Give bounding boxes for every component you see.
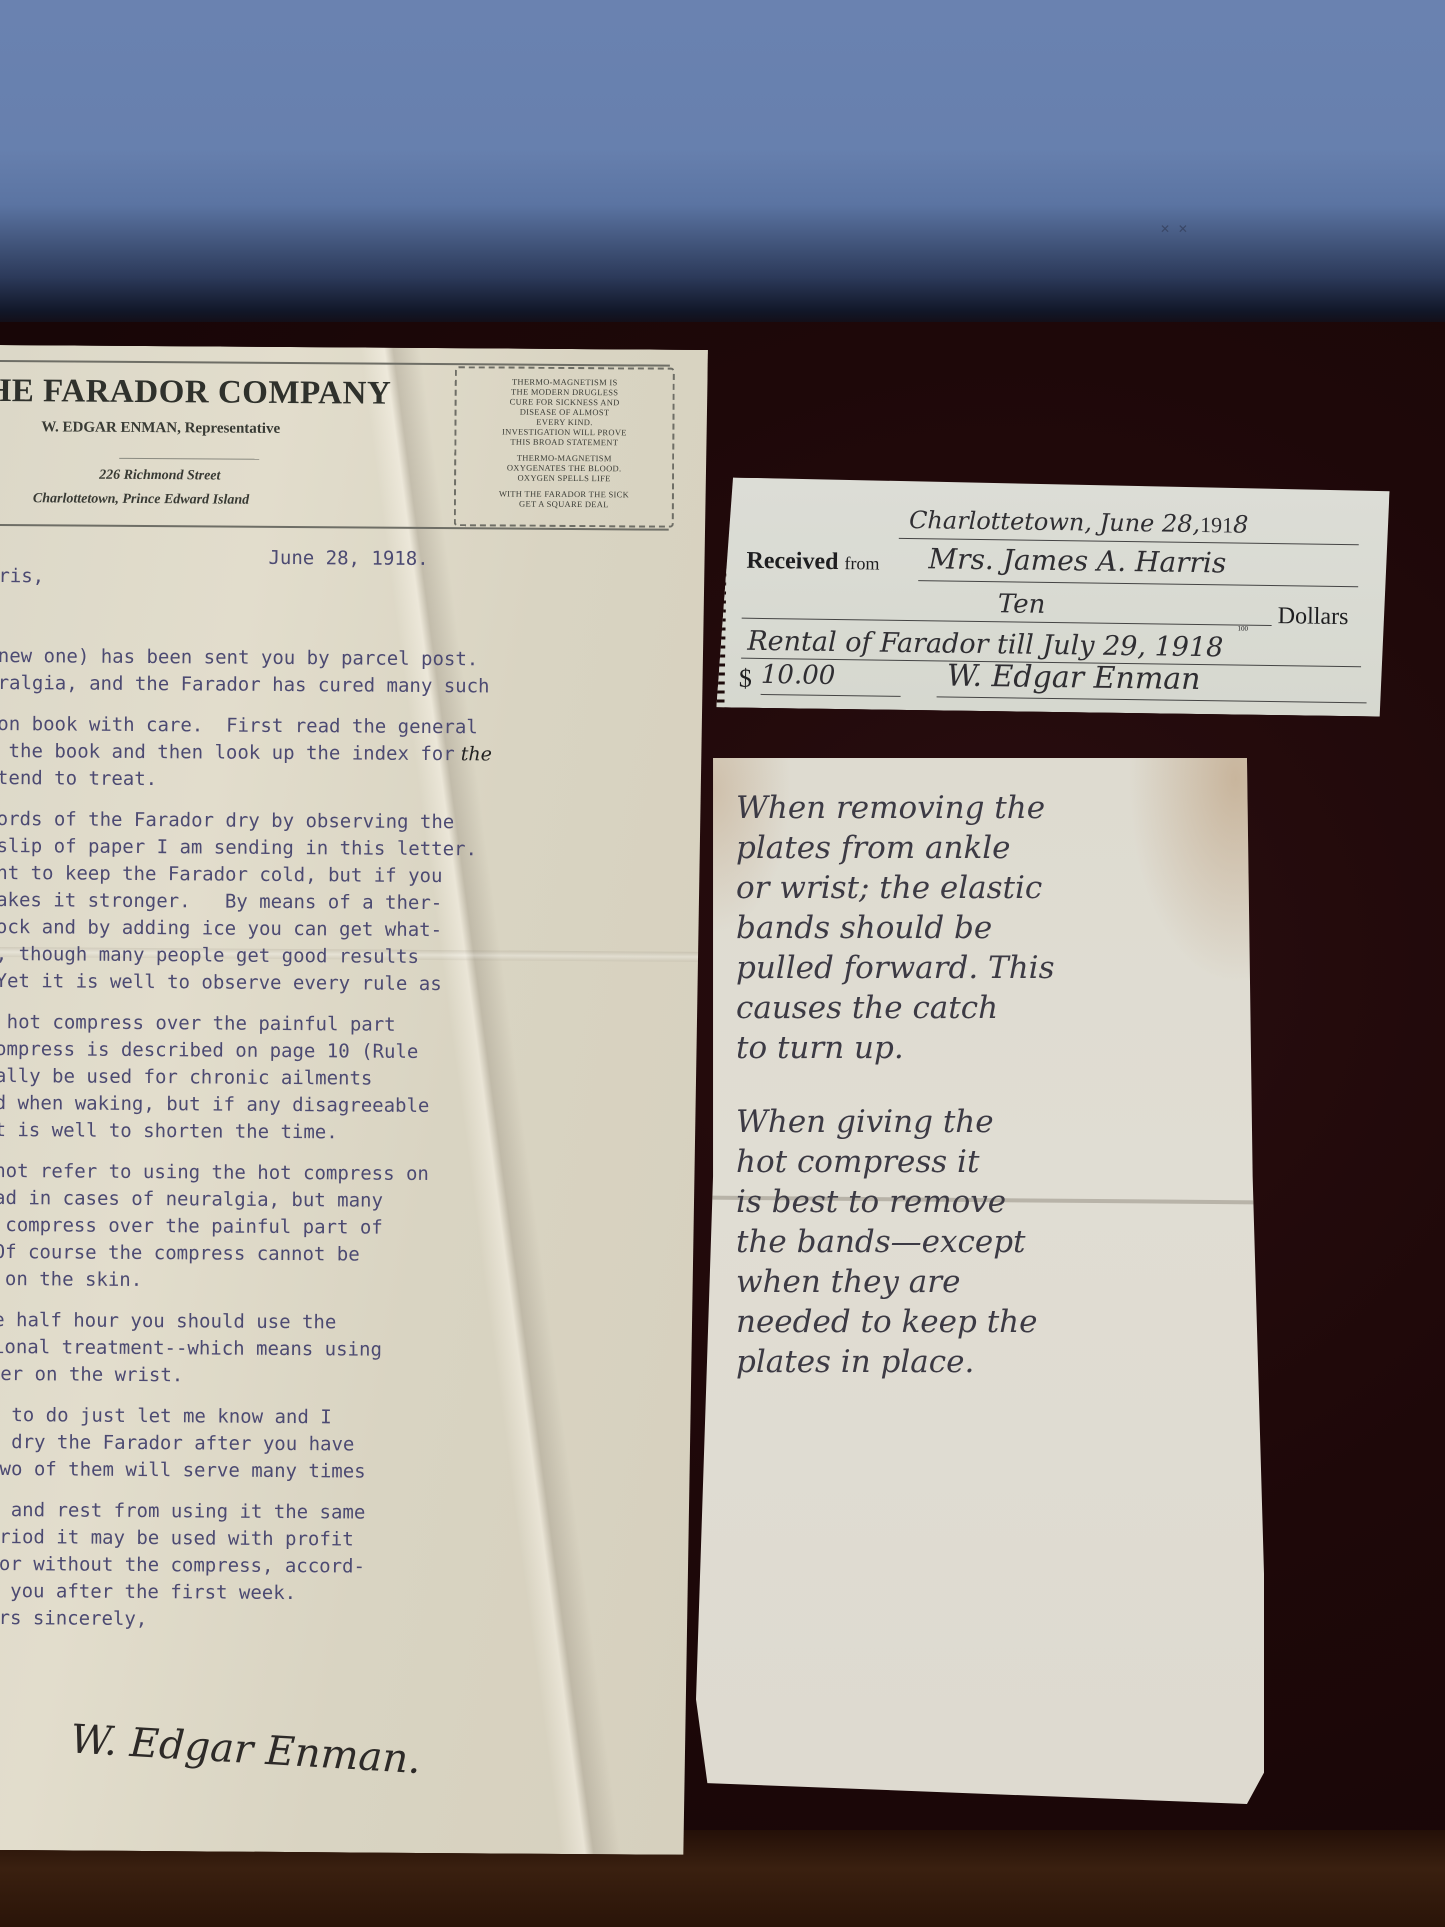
receipt-amount-words: Ten: [998, 589, 1046, 620]
note-line: When removing the: [736, 788, 1246, 828]
receipt-signature: W. Edgar Enman: [947, 659, 1201, 698]
cents-mark: 100: [1238, 625, 1249, 633]
letter-line: d when waking, but if any disagreeable: [0, 1092, 429, 1117]
note-line: plates from ankle: [736, 828, 1246, 868]
received-label: Received: [746, 548, 838, 575]
letter-line: ally be used for chronic ailments: [0, 1065, 372, 1090]
note-paragraph: When removing theplates from ankleor wri…: [736, 788, 1246, 1068]
letter-line: Two of them will serve many times: [0, 1458, 366, 1483]
letter-line: e half hour you should use the: [0, 1309, 336, 1333]
handwritten-note: When removing theplates from ankleor wri…: [696, 758, 1264, 1804]
letter-line: slip of paper I am sending in this lette…: [0, 835, 477, 860]
letter-line: ords of the Farador dry by observing the: [0, 808, 454, 833]
year-printed: 191: [1200, 512, 1233, 537]
letter-line: t to do just let me know and I: [0, 1404, 332, 1428]
letter-date: June 28, 1918.: [268, 547, 428, 570]
note-line: is best to remove: [736, 1182, 1246, 1222]
letter-line: tend to treat.: [0, 767, 157, 790]
dollars-label: Dollars: [1278, 603, 1349, 631]
note-text: When removing theplates from ankleor wri…: [736, 788, 1246, 1416]
received-from-label: Received from: [746, 548, 879, 577]
note-line: pulled forward. This: [736, 948, 1246, 988]
receipt-place-date: Charlottetown, June 28,1918: [909, 506, 1249, 539]
letter-line: m you after the first week.: [0, 1580, 296, 1604]
letter-line: s dry the Farador after you have: [0, 1431, 354, 1456]
rule-signature: [937, 696, 1367, 703]
letter-line: ralgia, and the Farador has cured many s…: [0, 672, 490, 697]
receipt-payer: Mrs. James A. Harris: [928, 542, 1226, 579]
letter-line: t is well to shorten the time.: [0, 1119, 338, 1143]
letter-line: nt to keep the Farador cold, but if you: [0, 862, 443, 887]
wall-mark: ✕ ✕: [1160, 222, 1190, 236]
note-line: the bands—except: [736, 1222, 1246, 1262]
rule-payer: [918, 580, 1358, 587]
letter-body: June 28, 1918. ris, new one) has been se…: [0, 345, 708, 1855]
note-line: hot compress it: [736, 1142, 1246, 1182]
note-paragraph: When giving thehot compress itis best to…: [736, 1102, 1246, 1382]
letter-line: ock and by adding ice you can get what-: [0, 916, 442, 941]
letter-line: ional treatment--which means using: [0, 1336, 382, 1361]
letter-line: her on the wrist.: [0, 1363, 183, 1386]
letter-line: Of course the compress cannot be: [0, 1241, 360, 1266]
note-line: plates in place.: [736, 1342, 1246, 1382]
letter-line: , though many people get good results: [0, 943, 419, 968]
note-line: causes the catch: [736, 988, 1246, 1028]
handwritten-insert: the: [455, 743, 492, 765]
typed-letter: HE FARADOR COMPANY W. EDGAR ENMAN, Repre…: [0, 345, 708, 1855]
letter-line: s and rest from using it the same: [0, 1499, 365, 1524]
letter-line: or without the compress, accord-: [0, 1553, 365, 1578]
letter-line: ad in cases of neuralgia, but many: [0, 1187, 383, 1212]
from-label: from: [844, 553, 879, 573]
note-line: when they are: [736, 1262, 1246, 1302]
letter-line: akes it stronger. By means of a ther-: [0, 889, 442, 914]
note-line: bands should be: [736, 908, 1246, 948]
letter-line: on book with care. First read the genera…: [0, 713, 478, 738]
dollar-sign: $: [739, 664, 752, 694]
letter-line: ompress is described on page 10 (Rule: [0, 1038, 418, 1063]
letter-salutation: ris,: [0, 565, 44, 587]
letter-line: the book and then look up the index for …: [0, 740, 492, 765]
note-line: to turn up.: [736, 1028, 1246, 1068]
letter-line: on the skin.: [0, 1268, 142, 1291]
note-line: needed to keep the: [736, 1302, 1246, 1342]
rental-receipt: Charlottetown, June 28,1918 Received fro…: [716, 477, 1389, 716]
rule-amount-num: [761, 694, 901, 697]
letter-line: eriod it may be used with profit: [0, 1526, 354, 1551]
letter-line: new one) has been sent you by parcel pos…: [0, 645, 478, 670]
receipt-amount: 10.00: [761, 660, 836, 691]
letter-line: compress over the painful part of: [0, 1214, 383, 1239]
letter-line: urs sincerely,: [0, 1607, 147, 1630]
letter-line: not refer to using the hot compress on: [0, 1160, 429, 1185]
year-written: 8: [1233, 511, 1249, 539]
letter-line: Yet it is well to observe every rule as: [0, 970, 442, 995]
letter-line: hot compress over the painful part: [0, 1011, 396, 1036]
place-date-text: Charlottetown, June 28,: [909, 506, 1200, 538]
wall-background: ✕ ✕: [0, 0, 1445, 330]
note-line: or wrist; the elastic: [736, 868, 1246, 908]
note-line: When giving the: [736, 1102, 1246, 1142]
